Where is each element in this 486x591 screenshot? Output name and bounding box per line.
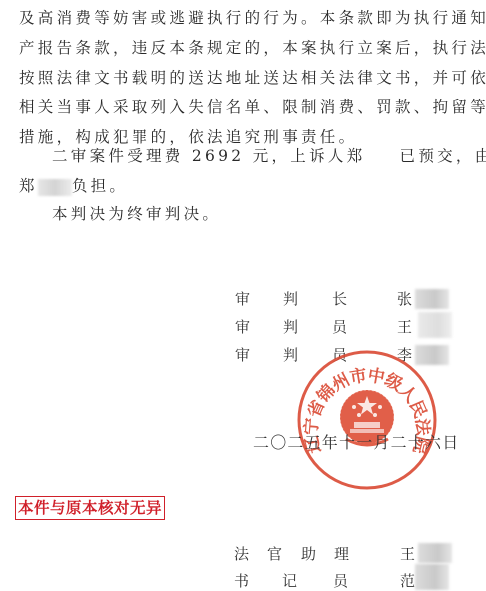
- redacted-name: [415, 564, 449, 590]
- title-char: 书: [234, 572, 249, 590]
- paragraph-line: 措施，构成犯罪的，依法追究刑事责任。: [19, 127, 357, 147]
- title-char: 审: [235, 290, 250, 308]
- paragraph-line: 按照法律文书载明的送达地址送达相关法律文书，并可依法对: [19, 68, 486, 88]
- title-char: 员: [332, 318, 347, 336]
- paragraph-line: 及高消费等妨害或逃避执行的行为。本条款即为执行通知暨财: [19, 8, 486, 28]
- title-char: 官: [267, 545, 282, 563]
- title-char: 员: [333, 572, 348, 590]
- court-seal-icon: 辽宁省锦州市中级人民法院: [296, 349, 438, 491]
- title-char: 审: [235, 346, 250, 364]
- title-char: 法: [234, 545, 249, 563]
- title-char: 助: [301, 545, 316, 563]
- redacted-name: [415, 289, 449, 309]
- payer-surname: 郑: [19, 177, 38, 195]
- title-char: 判: [283, 290, 298, 308]
- judge-surname: 张: [397, 290, 412, 308]
- court-fee-text-a: 二审案件受理费 2692 元，上诉人郑: [52, 147, 366, 165]
- redacted-name: [418, 543, 452, 563]
- final-judgment-statement: 本判决为终审判决。: [52, 204, 221, 224]
- court-fee-line-2: 郑负担。: [19, 176, 128, 196]
- court-fee-line: 二审案件受理费 2692 元，上诉人郑已预交，由上诉人: [52, 146, 486, 166]
- redacted-name: [38, 179, 72, 196]
- burden-text: 负担。: [72, 177, 128, 195]
- certified-copy-stamp: 本件与原本核对无异: [15, 496, 165, 520]
- title-char: 理: [334, 545, 349, 563]
- redacted-name: [418, 312, 452, 338]
- redacted-name: [366, 149, 400, 165]
- judge-surname: 王: [397, 318, 412, 336]
- title-char: 审: [235, 318, 250, 336]
- paragraph-line: 相关当事人采取列入失信名单、限制消费、罚款、拘留等强制: [19, 97, 486, 117]
- judgment-date: 二〇二五年十一月二十六日: [253, 430, 459, 453]
- court-fee-text-b: 已预交，由上诉人: [400, 147, 486, 165]
- paragraph-line: 产报告条款，违反本条规定的，本案执行立案后，执行法院可: [19, 38, 486, 58]
- title-char: 长: [332, 290, 347, 308]
- assistant-surname: 王: [400, 545, 415, 563]
- clerk-surname: 范: [400, 572, 415, 590]
- title-char: 判: [283, 318, 298, 336]
- title-char: 记: [282, 572, 297, 590]
